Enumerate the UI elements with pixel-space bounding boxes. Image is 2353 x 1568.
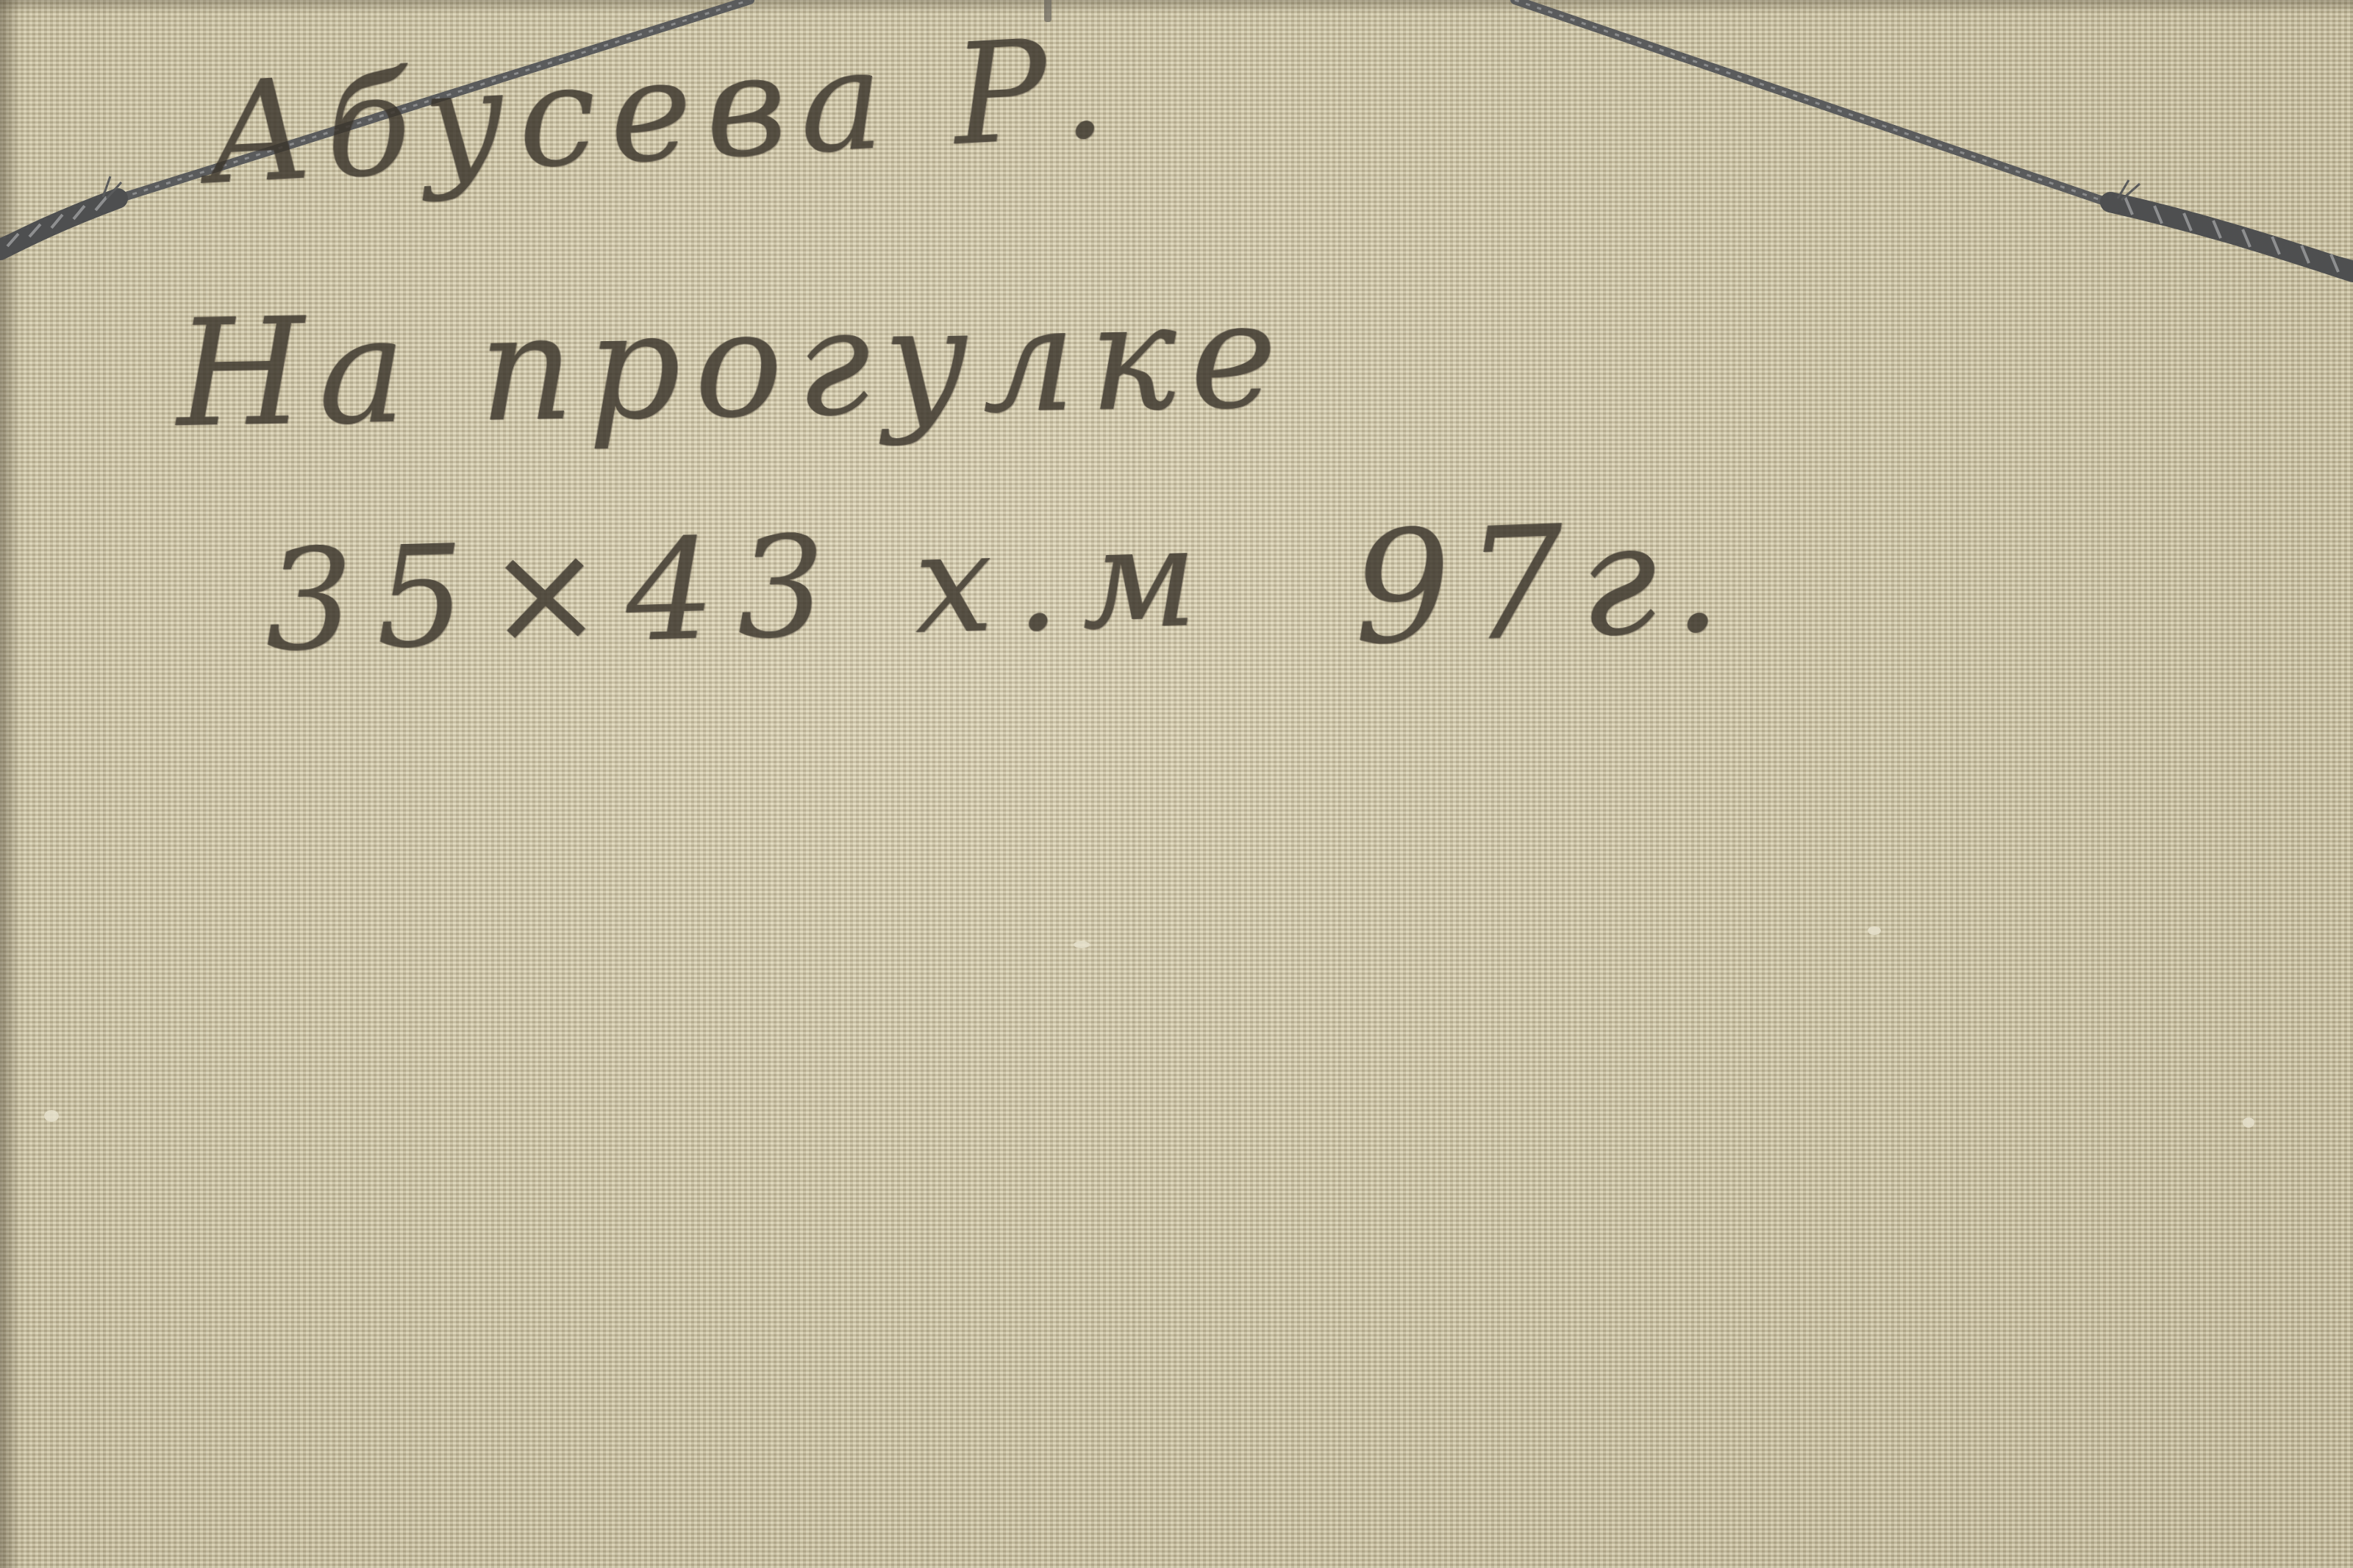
inscription-dimensions-medium: 35×43 х.м	[263, 495, 1221, 682]
fiber-fleck	[2243, 1117, 2254, 1128]
inscription-title: На прогулке	[175, 270, 1292, 460]
inscription-year: 97г.	[1350, 486, 1738, 679]
fiber-fleck	[44, 1110, 59, 1122]
canvas-back: Абусева Р. На прогулке 35×43 х.м 97г.	[0, 0, 2353, 1568]
canvas-edge-shadow-left	[0, 0, 21, 1568]
hanging-wire	[0, 0, 2353, 1568]
fiber-fleck	[1868, 926, 1881, 935]
inscription-artist: Абусева Р.	[202, 6, 1122, 216]
fiber-fleck	[1074, 941, 1090, 948]
canvas-edge-shadow-top	[0, 0, 2353, 13]
